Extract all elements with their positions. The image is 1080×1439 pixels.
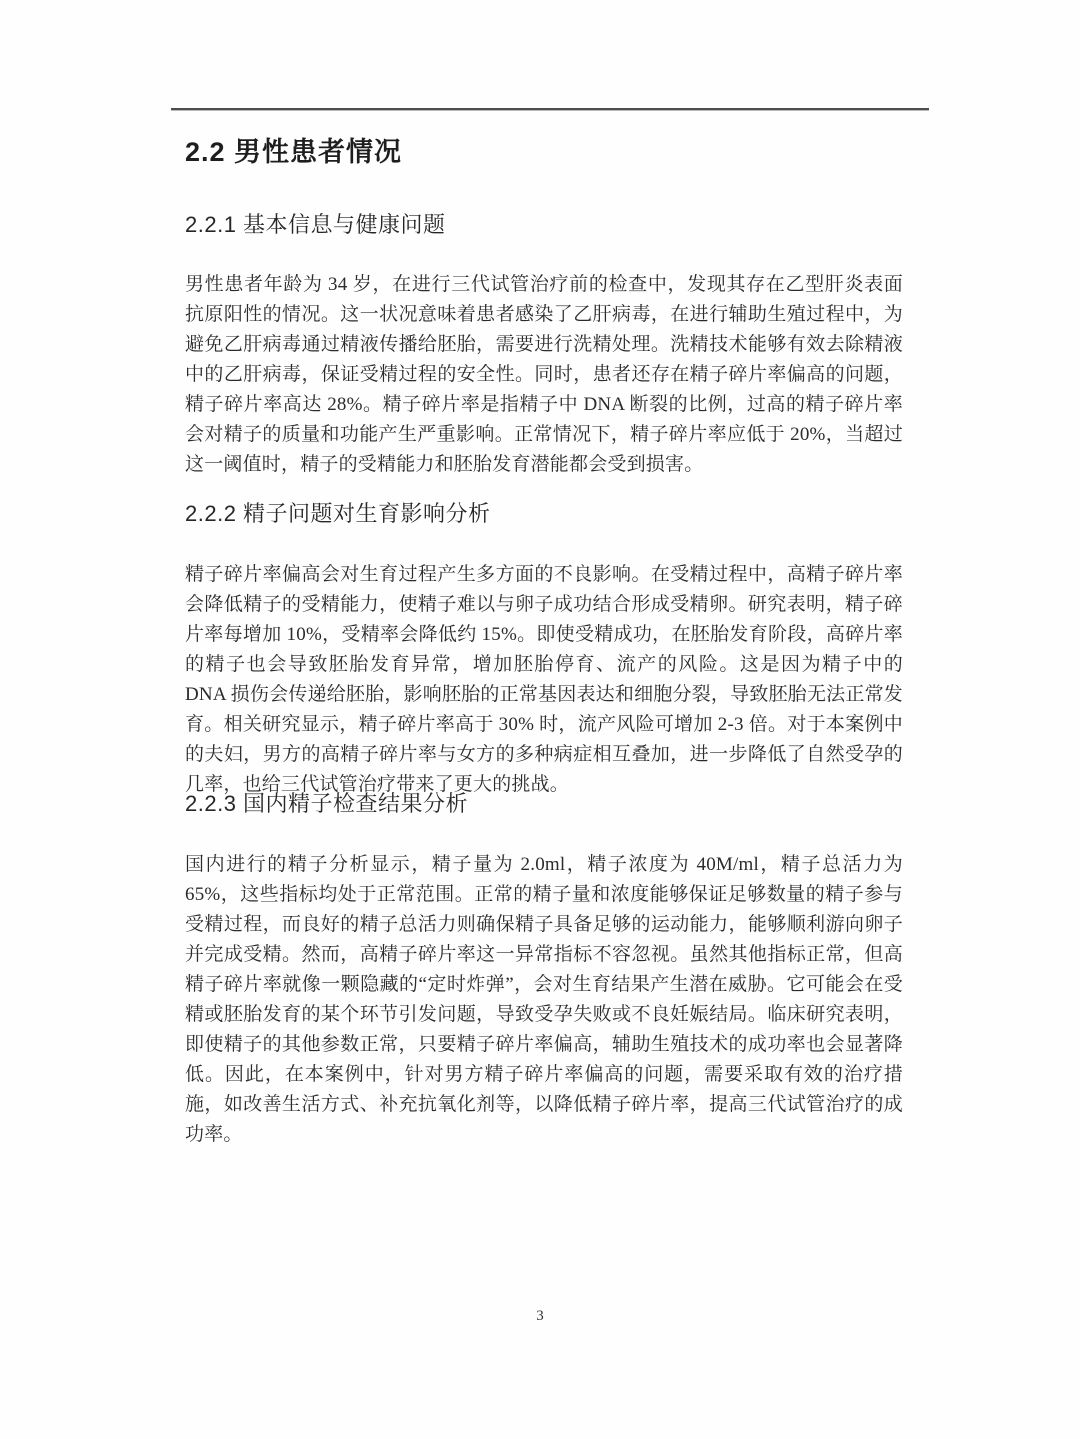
paragraph-basic-info: 男性患者年龄为 34 岁，在进行三代试管治疗前的检查中，发现其存在乙型肝炎表面抗… xyxy=(185,270,903,480)
subsection-heading-fertility-impact: 2.2.2 精子问题对生育影响分析 xyxy=(185,497,905,528)
document-page: 2.2 男性患者情况 2.2.1 基本信息与健康问题 男性患者年龄为 34 岁，… xyxy=(0,0,1080,1439)
paragraph-domestic-results: 国内进行的精子分析显示，精子量为 2.0ml，精子浓度为 40M/ml，精子总活… xyxy=(185,850,903,1150)
paragraph-fertility-impact: 精子碎片率偏高会对生育过程产生多方面的不良影响。在受精过程中，高精子碎片率会降低… xyxy=(185,560,903,800)
subsection-heading-basic-info: 2.2.1 基本信息与健康问题 xyxy=(185,208,905,239)
header-divider xyxy=(171,108,929,111)
section-title: 2.2 男性患者情况 xyxy=(185,130,905,169)
page-number: 3 xyxy=(0,1308,1080,1325)
subsection-heading-domestic-results: 2.2.3 国内精子检查结果分析 xyxy=(185,787,905,818)
